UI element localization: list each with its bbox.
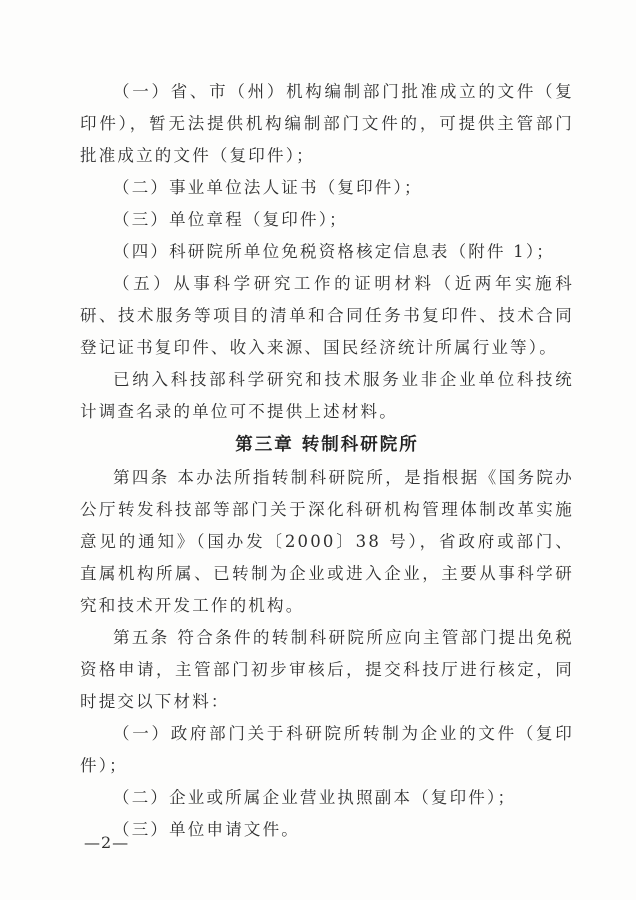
paragraph-item-1-gov-transfer-file: （一）政府部门关于科研院所转制为企业的文件（复印件）； bbox=[80, 718, 574, 782]
paragraph-statistics-exemption-note: 已纳入科技部科学研究和技术服务业非企业单位科技统计调查名录的单位可不提供上述材料… bbox=[80, 364, 574, 428]
paragraph-article-4: 第四条 本办法所指转制科研院所，是指根据《国务院办公厅转发科技部等部门关于深化科… bbox=[80, 462, 574, 622]
page-number: —2— bbox=[84, 833, 129, 852]
paragraph-item-1-copy-of-approval: （一）省、市（州）机构编制部门批准成立的文件（复印件），暂无法提供机构编制部门文… bbox=[80, 76, 574, 172]
chapter-heading: 第三章 转制科研院所 bbox=[80, 428, 574, 462]
paragraph-item-4-info-form: （四）科研院所单位免税资格核定信息表（附件 1）； bbox=[80, 236, 574, 268]
paragraph-item-3-application-file: （三）单位申请文件。 bbox=[80, 814, 574, 846]
paragraph-item-5-proof-materials: （五）从事科学研究工作的证明材料（近两年实施科研、技术服务等项目的清单和合同任务… bbox=[80, 268, 574, 364]
paragraph-item-2-legal-person-cert: （二）事业单位法人证书（复印件）； bbox=[80, 172, 574, 204]
paragraph-item-3-unit-charter: （三）单位章程（复印件）； bbox=[80, 204, 574, 236]
paragraph-item-2-business-license: （二）企业或所属企业营业执照副本（复印件）； bbox=[80, 782, 574, 814]
paragraph-article-5: 第五条 符合条件的转制科研院所应向主管部门提出免税资格申请，主管部门初步审核后，… bbox=[80, 622, 574, 718]
document-page: （一）省、市（州）机构编制部门批准成立的文件（复印件），暂无法提供机构编制部门文… bbox=[0, 0, 636, 900]
